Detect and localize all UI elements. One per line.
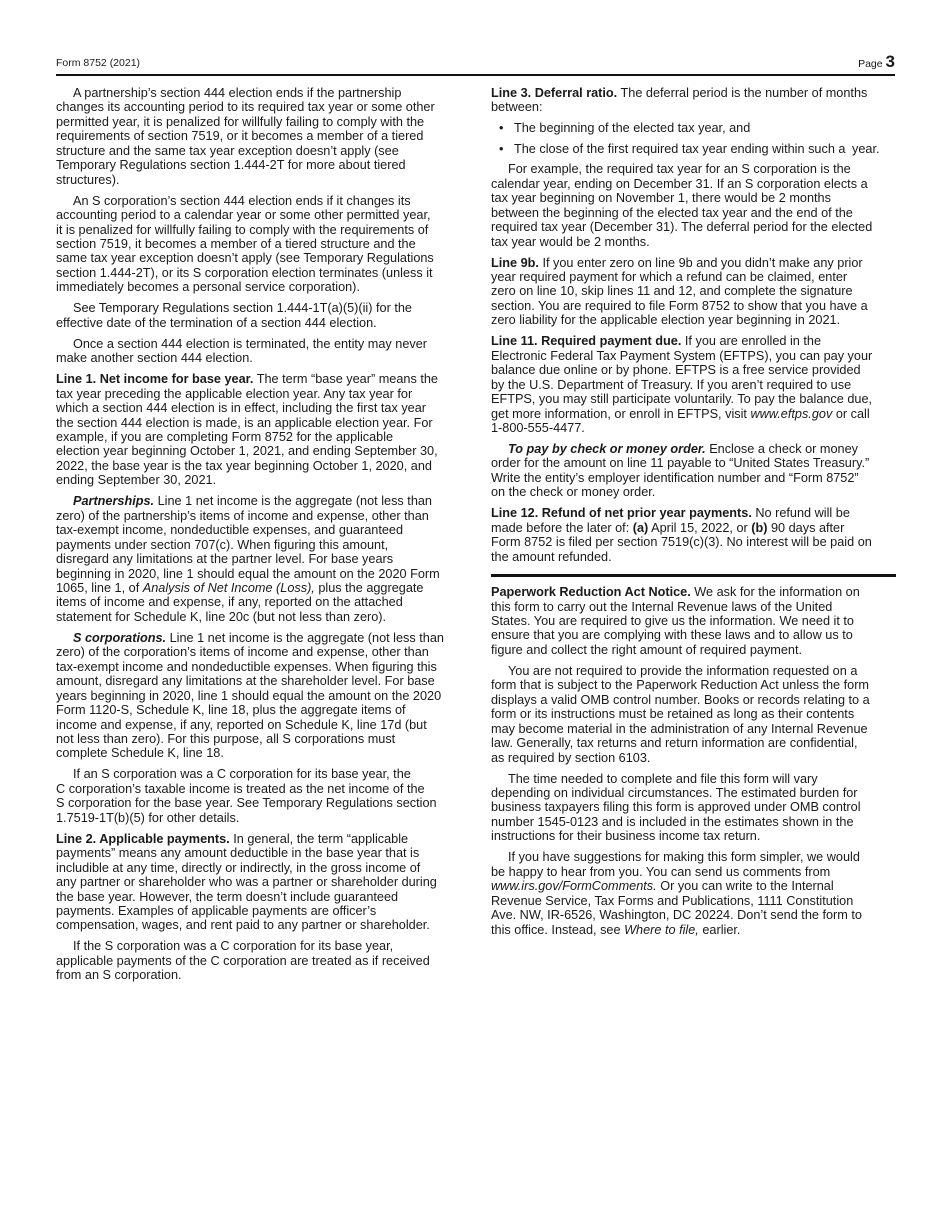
text-line: Form 1120-S, Schedule K, line 18, plus t… xyxy=(56,703,468,717)
text-line: For example, the required tax year for a… xyxy=(491,162,896,176)
text-line: effective date of the termination of a s… xyxy=(56,316,468,330)
text-line: structure and the same tax year exceptio… xyxy=(56,144,468,158)
paperwork-section: Paperwork Reduction Act Notice. We ask f… xyxy=(491,585,896,657)
section-divider xyxy=(491,574,896,577)
line9b-heading: Line 9b. xyxy=(491,256,539,270)
page-number: 3 xyxy=(886,52,895,71)
line12-heading: Line 12. Refund of net prior year paymen… xyxy=(491,506,752,520)
line9b-section: Line 9b. If you enter zero on line 9b an… xyxy=(491,256,896,328)
text-line: An S corporation’s section 444 election … xyxy=(56,194,468,208)
partnerships-heading: Partnerships. xyxy=(73,494,154,508)
text-line: section 1.444-2T), or its S corporation … xyxy=(56,266,468,280)
termination-paragraph: Once a section 444 election is terminate… xyxy=(56,337,468,366)
left-column: A partnership’s section 444 election end… xyxy=(56,86,468,989)
text-line: any partner or shareholder who was a par… xyxy=(56,875,468,889)
s-corporations-section: S corporations. Line 1 net income is the… xyxy=(56,631,468,761)
line11-section: Line 11. Required payment due. If you ar… xyxy=(491,334,896,435)
text-line: You are not required to provide the info… xyxy=(491,664,896,678)
s-corp-election-paragraph: An S corporation’s section 444 election … xyxy=(56,194,468,295)
text-line: required tax year (December 31). The def… xyxy=(491,220,896,234)
text-line: zero liability for the applicable electi… xyxy=(491,313,896,327)
text-line: section. You are required to file Form 8… xyxy=(491,299,896,313)
time-burden-paragraph: The time needed to complete and file thi… xyxy=(491,772,896,844)
bullet-icon: • xyxy=(499,142,503,156)
text-line: year required payment for which a refund… xyxy=(491,270,896,284)
text-line: The time needed to complete and file thi… xyxy=(491,772,896,786)
text-line: election year beginning October 1, 2021,… xyxy=(56,444,468,458)
text-line: Electronic Federal Tax Payment System (E… xyxy=(491,349,896,363)
text-line: If you have suggestions for making this … xyxy=(491,850,896,864)
text-line: make another section 444 election. xyxy=(56,351,468,365)
c-corp-base-year-paragraph: If an S corporation was a C corporation … xyxy=(56,767,468,825)
eftps-phone: 1-800-555-4477. xyxy=(491,421,896,435)
text-line: payments” means any amount deductible in… xyxy=(56,846,468,860)
text-line: immediately becomes a personal service c… xyxy=(56,280,468,294)
line3-section: Line 3. Deferral ratio. The deferral per… xyxy=(491,86,896,115)
text-line: Ave. NW, IR-6526, Washington, DC 20224. … xyxy=(491,908,896,922)
text-line: form that is subject to the Paperwork Re… xyxy=(491,678,896,692)
text-line: tax year beginning on November 1, there … xyxy=(491,191,896,205)
text-line: between: xyxy=(491,100,896,114)
text-line: ensure that you are complying with these… xyxy=(491,628,896,642)
eftps-link[interactable]: www.eftps.gov xyxy=(750,407,832,421)
text-line: the base year. However, the term doesn’t… xyxy=(56,890,468,904)
text-line: displays a valid OMB control number. Boo… xyxy=(491,693,896,707)
text-line: balance due online or by phone. EFTPS is… xyxy=(491,363,896,377)
text-line: as required by section 6103. xyxy=(491,751,896,765)
text-line: zero on line 10, skip lines 11 and 12, a… xyxy=(491,284,896,298)
text-line: tax-exempt income, nondeductible expense… xyxy=(56,523,468,537)
text-line: from an S corporation. xyxy=(56,968,468,982)
text-line: same tax year exception doesn’t apply (s… xyxy=(56,251,468,265)
text-line: 2022, the base year is the tax year begi… xyxy=(56,459,468,473)
text-line: the section 444 election is made, is an … xyxy=(56,416,468,430)
form-label: Form 8752 (2021) xyxy=(56,57,140,69)
text-line: tax year would be 2 months. xyxy=(491,235,896,249)
text-line: S corporation for the base year. See Tem… xyxy=(56,796,468,810)
text-line: between the beginning of the elected tax… xyxy=(491,206,896,220)
page-header: Form 8752 (2021) Page 3 xyxy=(56,52,895,76)
text-line: If an S corporation was a C corporation … xyxy=(56,767,468,781)
text-line: section 7519, it becomes a member of a t… xyxy=(56,237,468,251)
text-line: Revenue Service, Tax Forms and Publicati… xyxy=(491,894,896,908)
text-line: amount, disregard any limitations at the… xyxy=(56,674,468,688)
text-line: business taxpayers filing this form is a… xyxy=(491,800,896,814)
text-line: beginning in 2020, line 1 should equal t… xyxy=(56,567,468,581)
text-line: Temporary Regulations section 1.444-2T f… xyxy=(56,158,468,172)
text-line: instructions for their business income t… xyxy=(491,829,896,843)
line1-heading: Line 1. Net income for base year. xyxy=(56,372,253,386)
text-line: tax-exempt income and nondeductible expe… xyxy=(56,660,468,674)
bullet-icon: • xyxy=(499,121,503,135)
text-line: Once a section 444 election is terminate… xyxy=(56,337,468,351)
line3-heading: Line 3. Deferral ratio. xyxy=(491,86,617,100)
text-line: it is penalized for willfully failing to… xyxy=(56,223,468,237)
text-line: which a section 444 election is in effec… xyxy=(56,401,468,415)
text-line: requirements of section 7519, or it beco… xyxy=(56,129,468,143)
text-line: zero) of the partnership’s items of inco… xyxy=(56,509,468,523)
text-line: C corporation’s taxable income is treate… xyxy=(56,782,468,796)
text-line: by the U.S. Department of Treasury. If y… xyxy=(491,378,896,392)
text-line: includible at any time, directly or indi… xyxy=(56,861,468,875)
text-line: not less than zero). For this purpose, a… xyxy=(56,732,468,746)
text-line: on the check or money order. xyxy=(491,485,896,499)
text-line: payments under section 707(c). When figu… xyxy=(56,538,468,552)
text-line: complete Schedule K, line 18. xyxy=(56,746,468,760)
text-line: compensation, wages, and rent paid to an… xyxy=(56,918,468,932)
text-line: 1.7519-1T(b)(5) for other details. xyxy=(56,811,468,825)
analysis-net-income-title: Analysis of Net Income (Loss), xyxy=(143,581,315,595)
where-to-file-reference: Where to file, xyxy=(624,923,699,937)
text-line: permitted year, it is penalized for will… xyxy=(56,115,468,129)
text-line: years beginning in 2020, line 1 should e… xyxy=(56,689,468,703)
termination-date-paragraph: See Temporary Regulations section 1.444-… xyxy=(56,301,468,330)
line2-heading: Line 2. Applicable payments. xyxy=(56,832,230,846)
text-line: Form 8752 is filed per section 7519(c)(3… xyxy=(491,535,896,549)
text-line: accounting period to a calendar year or … xyxy=(56,208,468,222)
text-line: ending September 30, 2021. xyxy=(56,473,468,487)
paperwork-heading: Paperwork Reduction Act Notice. xyxy=(491,585,691,599)
text-line: this form to carry out the Internal Reve… xyxy=(491,600,896,614)
page-indicator: Page 3 xyxy=(858,52,895,72)
bullet-item: • The beginning of the elected tax year,… xyxy=(491,121,896,135)
right-column: Line 3. Deferral ratio. The deferral per… xyxy=(491,86,896,944)
line1-section: Line 1. Net income for base year. The te… xyxy=(56,372,468,488)
text-line: See Temporary Regulations section 1.444-… xyxy=(56,301,468,315)
text-line: payments. Examples of applicable payment… xyxy=(56,904,468,918)
text-line: zero) of the corporation’s items of inco… xyxy=(56,645,468,659)
text-line: applicable payments of the C corporation… xyxy=(56,954,468,968)
c-corp-payments-paragraph: If the S corporation was a C corporation… xyxy=(56,939,468,982)
text-line: States. You are required to give us the … xyxy=(491,614,896,628)
text-line: depending on individual circumstances. T… xyxy=(491,786,896,800)
text-line: example, if you are completing Form 8752… xyxy=(56,430,468,444)
text-line: form or its instructions must be retaine… xyxy=(491,707,896,721)
text-line: calendar year, ending on December 31. If… xyxy=(491,177,896,191)
bullet-item: • The close of the first required tax ye… xyxy=(491,142,896,156)
text-line: order for the amount on line 11 payable … xyxy=(491,456,896,470)
text-line: law. Generally, tax returns and return i… xyxy=(491,736,896,750)
s-corporations-heading: S corporations. xyxy=(73,631,166,645)
text-line: Write the entity’s employer identificati… xyxy=(491,471,896,485)
partnerships-section: Partnerships. Line 1 net income is the a… xyxy=(56,494,468,624)
text-line: the amount refunded. xyxy=(491,550,896,564)
text-line: be happy to hear from you. You can send … xyxy=(491,865,896,879)
text-line: number 1545-0123 and is included in the … xyxy=(491,815,896,829)
check-payment-heading: To pay by check or money order. xyxy=(508,442,706,456)
line11-heading: Line 11. Required payment due. xyxy=(491,334,681,348)
text-line: may become material in the administratio… xyxy=(491,722,896,736)
suggestions-paragraph: If you have suggestions for making this … xyxy=(491,850,896,937)
text-line: items of income and expense, if any, rep… xyxy=(56,595,468,609)
form-comments-link[interactable]: www.irs.gov/FormComments. xyxy=(491,879,657,893)
text-line: income and expense, if any, reported on … xyxy=(56,718,468,732)
text-line: structures). xyxy=(56,173,468,187)
omb-paragraph: You are not required to provide the info… xyxy=(491,664,896,765)
text-line: EFTPS, you may still participate volunta… xyxy=(491,392,896,406)
text-line: figure and collect the right amount of r… xyxy=(491,643,896,657)
text-line: If the S corporation was a C corporation… xyxy=(56,939,468,953)
text-line: statement for Schedule K, line 20c (but … xyxy=(56,610,468,624)
deferral-example-paragraph: For example, the required tax year for a… xyxy=(491,162,896,249)
partnership-election-paragraph: A partnership’s section 444 election end… xyxy=(56,86,468,187)
check-payment-section: To pay by check or money order. Enclose … xyxy=(491,442,896,500)
text-line: A partnership’s section 444 election end… xyxy=(56,86,468,100)
text-line: tax year preceding the applicable electi… xyxy=(56,387,468,401)
line12-section: Line 12. Refund of net prior year paymen… xyxy=(491,506,896,564)
text-line: changes its accounting period to its req… xyxy=(56,100,468,114)
text-line: disregard any limitations at the partner… xyxy=(56,552,468,566)
line2-section: Line 2. Applicable payments. In general,… xyxy=(56,832,468,933)
